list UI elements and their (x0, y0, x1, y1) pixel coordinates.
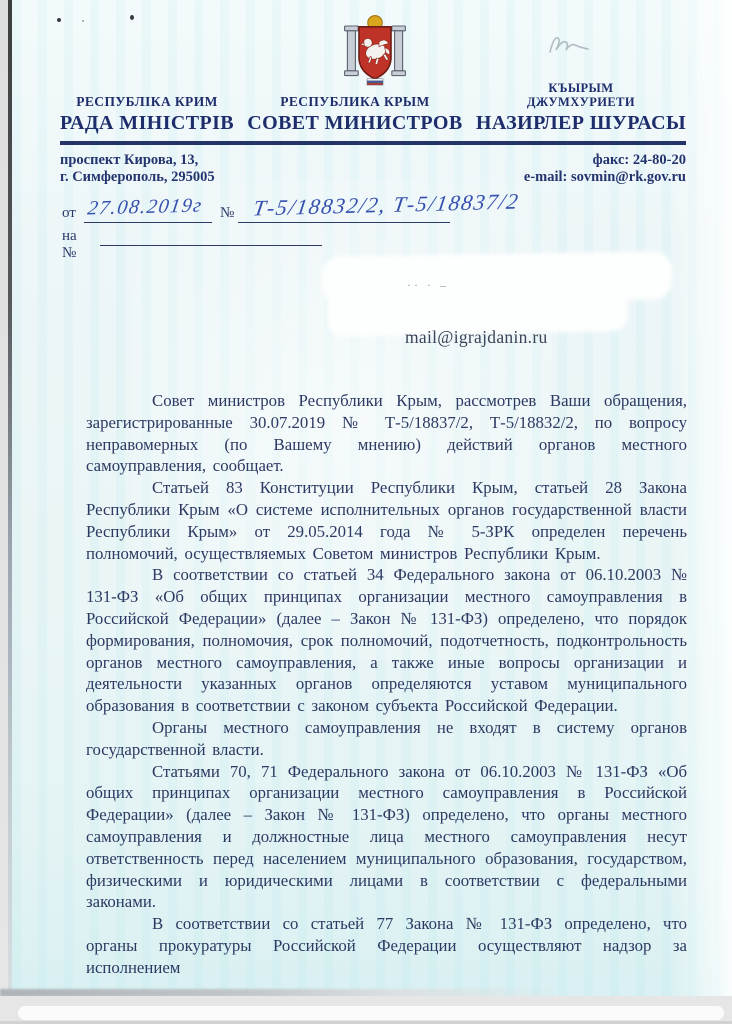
body-paragraph: Статьей 83 Конституции Республики Крым, … (86, 477, 687, 564)
letter-page: РЕСПУБЛІКА КРИМ РАДА МІНІСТРІВ РЕСПУБЛИК… (12, 0, 732, 996)
on-number-label: на № (62, 228, 77, 262)
letterhead-russian: РЕСПУБЛИКА КРЫМ СОВЕТ МИНИСТРОВ (247, 94, 462, 134)
recipient-email: mail@igrajdanin.ru (405, 327, 548, 348)
redaction-residue: ·· · – (407, 278, 449, 293)
contacts-block: проспект Кирова, 13, г. Симферополь, 295… (60, 152, 686, 186)
postal-address: проспект Кирова, 13, г. Симферополь, 295… (60, 152, 215, 186)
body-paragraph: В соответствии со статьей 34 Федеральног… (86, 564, 687, 717)
body-paragraph: Органы местного самоуправления не входят… (86, 717, 687, 761)
letterhead-ct-republic2: ДЖУМХУРИЕТИ (476, 96, 686, 110)
outgoing-reference-line: от 27.08.2019г № Т-5/18832/2, Т-5/18837/… (62, 200, 702, 226)
fax-email: факс: 24-80-20 e-mail: sovmin@rk.gov.ru (524, 152, 686, 186)
crimea-coat-of-arms-icon (335, 10, 415, 90)
letterhead-crimean-tatar: КЪЫРЫМ ДЖУМХУРИЕТИ НАЗИРЛЕР ШУРАСЫ (476, 82, 686, 134)
letterhead: РЕСПУБЛІКА КРИМ РАДА МІНІСТРІВ РЕСПУБЛИК… (60, 82, 686, 134)
scanned-letter: РЕСПУБЛІКА КРИМ РАДА МІНІСТРІВ РЕСПУБЛИК… (0, 0, 732, 1024)
body-paragraph: В соответствии со статьей 77 Закона № 13… (86, 913, 687, 978)
number-label: № (220, 205, 234, 222)
address-line1: проспект Кирова, 13, (60, 152, 215, 169)
letterhead-uk-council: РАДА МІНІСТРІВ (60, 112, 234, 134)
letterhead-ru-republic: РЕСПУБЛИКА КРЫМ (247, 94, 462, 109)
fax-number: факс: 24-80-20 (524, 152, 686, 169)
pencil-mark (536, 26, 596, 62)
number-underline (238, 222, 450, 223)
scan-speck (130, 15, 134, 20)
handwritten-date: 27.08.2019г (86, 195, 204, 221)
scan-speck (57, 18, 61, 22)
letterhead-ru-council: СОВЕТ МИНИСТРОВ (247, 112, 462, 134)
handwritten-numbers: Т-5/18832/2, Т-5/18837/2 (251, 189, 521, 222)
address-line2: г. Симферополь, 295005 (60, 169, 215, 186)
letterhead-uk-republic: РЕСПУБЛІКА КРИМ (60, 94, 234, 109)
letterhead-ct-republic1: КЪЫРЫМ (476, 82, 686, 96)
on-number-underline (100, 245, 322, 246)
scan-speck (82, 20, 84, 22)
sovmin-email: e-mail: sovmin@rk.gov.ru (524, 169, 686, 186)
body-paragraph: Статьями 70, 71 Федерального закона от 0… (86, 761, 687, 914)
letter-body: Совет министров Республики Крым, рассмот… (86, 390, 687, 979)
body-paragraph: Совет министров Республики Крым, рассмот… (86, 390, 687, 477)
letterhead-ukrainian: РЕСПУБЛІКА КРИМ РАДА МІНІСТРІВ (60, 94, 234, 134)
date-underline (84, 222, 212, 223)
letterhead-ct-council: НАЗИРЛЕР ШУРАСЫ (476, 112, 686, 134)
letterhead-divider (60, 141, 686, 145)
scanner-white-strip (18, 1006, 724, 1020)
from-label: от (62, 205, 76, 222)
